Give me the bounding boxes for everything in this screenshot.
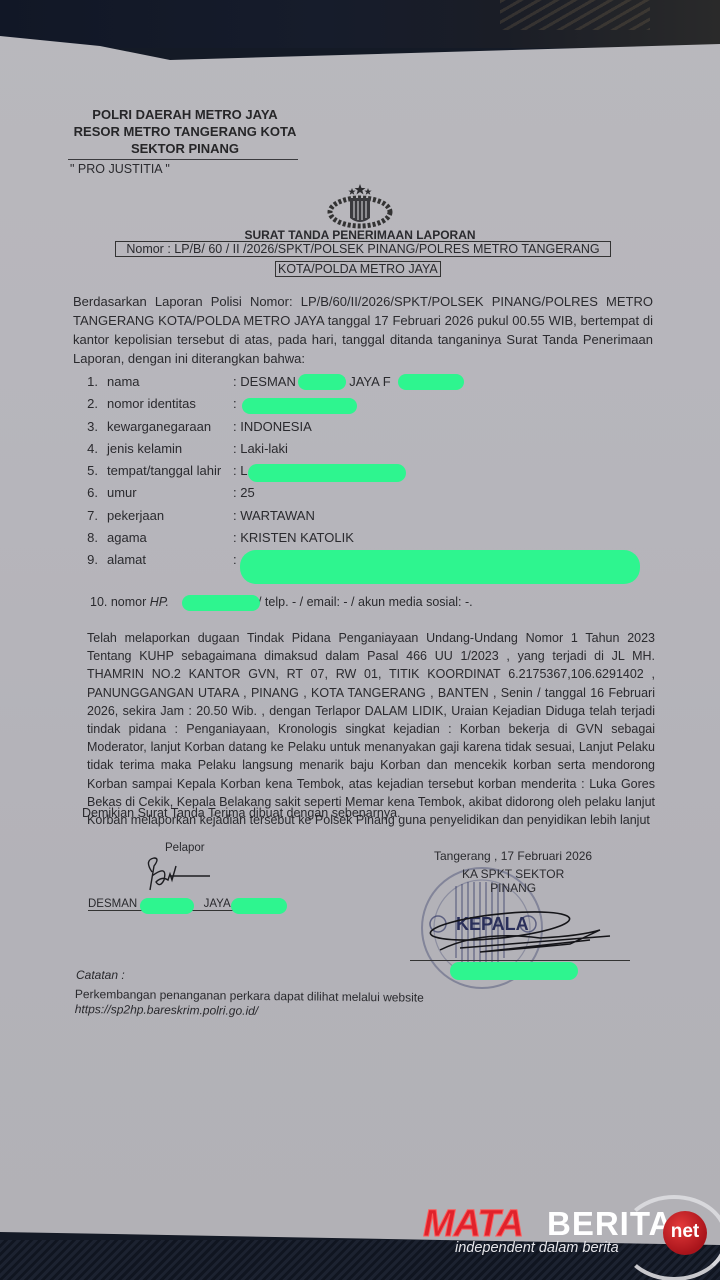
field-value: : DESMAN [233, 374, 296, 389]
reporter-signature-icon [140, 856, 240, 896]
document-title: SURAT TANDA PENERIMAAN LAPORAN [0, 228, 720, 242]
field-row-pekerjaan: 7. pekerjaan : WARTAWAN [80, 508, 660, 530]
official-title: KA SPKT SEKTOR PINANG [462, 867, 564, 895]
letterhead-divider [68, 159, 298, 160]
field-label: alamat [107, 552, 146, 567]
contact-line: 10. nomor HP. / telp. - / email: - / aku… [90, 595, 473, 609]
letterhead: POLRI DAERAH METRO JAYA RESOR METRO TANG… [70, 106, 300, 157]
document-paper: POLRI DAERAH METRO JAYA RESOR METRO TANG… [0, 0, 720, 1280]
redaction-mark [398, 374, 464, 390]
redaction-mark [240, 550, 640, 584]
field-value: : L [233, 463, 247, 478]
closing-statement: Demikian Surat Tanda Terima dibuat denga… [82, 806, 401, 820]
reporter-name-part: DESMAN [88, 898, 137, 910]
field-row-alamat: 9. alamat : [80, 552, 660, 574]
intro-paragraph: Berdasarkan Laporan Polisi Nomor: LP/B/6… [73, 292, 653, 368]
field-value: : KRISTEN KATOLIK [233, 530, 354, 545]
matberita-watermark-logo: MATA BERITA. net independent dalam berit… [415, 1195, 720, 1275]
field-number: 7. [80, 508, 98, 523]
reporter-role: Pelapor [165, 842, 205, 854]
field-number: 8. [80, 530, 98, 545]
redaction-mark [242, 398, 357, 414]
field-label: nama [107, 374, 140, 389]
field-value: : Laki-laki [233, 441, 288, 456]
pro-justitia: " PRO JUSTITIA " [70, 162, 170, 176]
field-row-umur: 6. umur : 25 [80, 485, 660, 507]
field-value-part: I JAYA F [342, 374, 391, 389]
field-number: 6. [80, 485, 98, 500]
contact-suffix: / telp. - / email: - / akun media sosial… [258, 595, 473, 609]
field-label: nomor identitas [107, 396, 196, 411]
letterhead-line: POLRI DAERAH METRO JAYA [70, 106, 300, 123]
field-label: jenis kelamin [107, 441, 182, 456]
official-title-line: KA SPKT SEKTOR [462, 867, 564, 881]
field-number: 1. [80, 374, 98, 389]
field-row-jenis-kelamin: 4. jenis kelamin : Laki-laki [80, 441, 660, 463]
field-number: 4. [80, 441, 98, 456]
logo-brand-net: net [663, 1211, 707, 1255]
field-number: 3. [80, 419, 98, 434]
redaction-mark [450, 962, 578, 980]
redaction-mark [140, 898, 194, 914]
redaction-mark [231, 898, 287, 914]
field-label: kewarganegaraan [107, 419, 211, 434]
report-number-line-1: Nomor : LP/B/ 60 / II /2026/SPKT/POLSEK … [115, 241, 611, 257]
official-title-line: PINANG [462, 881, 564, 895]
contact-hp-label: HP. [150, 595, 169, 609]
letterhead-line: RESOR METRO TANGERANG KOTA [70, 123, 300, 140]
field-value: : [233, 552, 237, 567]
polri-emblem-icon [322, 182, 398, 230]
reporter-fields: 1. nama : DESMAN I JAYA F 2. nomor ident… [80, 374, 660, 575]
field-row-agama: 8. agama : KRISTEN KATOLIK [80, 530, 660, 552]
field-row-kewarganegaraan: 3. kewarganegaraan : INDONESIA [80, 419, 660, 441]
letterhead-line: SEKTOR PINANG [70, 140, 300, 157]
notes-label: Catatan : [76, 968, 125, 982]
reporter-name: DESMAN JAYA [88, 898, 283, 911]
notes-text: Perkembangan penanganan perkara dapat di… [75, 987, 424, 1021]
report-description: Telah melaporkan dugaan Tindak Pidana Pe… [87, 629, 655, 829]
contact-prefix: 10. nomor [90, 595, 150, 609]
official-signature-line [410, 960, 630, 961]
background-fabric-top [0, 0, 720, 48]
redaction-mark [248, 464, 406, 482]
redaction-mark [298, 374, 346, 390]
field-row-tempat-tanggal-lahir: 5. tempat/tanggal lahir : L [80, 463, 660, 485]
field-label: pekerjaan [107, 508, 164, 523]
field-row-nama: 1. nama : DESMAN I JAYA F [80, 374, 660, 396]
field-value: : WARTAWAN [233, 508, 315, 523]
field-number: 9. [80, 552, 98, 567]
field-row-nomor-identitas: 2. nomor identitas : [80, 396, 660, 418]
reporter-name-part: JAYA [204, 898, 231, 910]
signing-place-date: Tangerang , 17 Februari 2026 [434, 849, 592, 863]
field-value: : INDONESIA [233, 419, 312, 434]
field-number: 5. [80, 463, 98, 478]
redaction-mark [182, 595, 260, 611]
field-value: : 25 [233, 485, 255, 500]
field-value: : [233, 396, 237, 411]
field-label: umur [107, 485, 137, 500]
logo-tagline: independent dalam berita [455, 1240, 619, 1256]
field-label: tempat/tanggal lahir [107, 463, 221, 478]
field-label: agama [107, 530, 147, 545]
report-number-line-2: KOTA/POLDA METRO JAYA [275, 261, 441, 277]
field-number: 2. [80, 396, 98, 411]
